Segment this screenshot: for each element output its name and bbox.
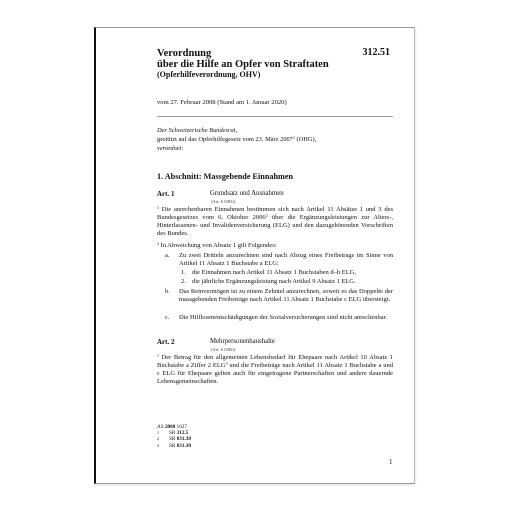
preamble: Der Schweizerische Bundesrat, gestützt a… (157, 126, 316, 153)
title-line-2: über die Hilfe an Opfer von Straftaten (157, 59, 329, 70)
footnote-link[interactable]: 831.30 (177, 443, 191, 449)
article-1-title: Grundsatz und Ausnahmen (210, 190, 284, 197)
article-1-ref: (Art. 6 OHG) (211, 199, 235, 204)
preamble-decree: verordnet: (157, 144, 316, 153)
article-1-number: Art. 1 (157, 190, 175, 198)
article-2-ref: (Art. 6 OHG) (211, 347, 235, 352)
as-prefix: AS (157, 424, 165, 430)
list-item-b: Das Reinvermögen ist zu einem Zehntel an… (179, 288, 393, 304)
footnote-3: 3 SR 831.30 (157, 443, 191, 449)
list-marker-c: c. (165, 314, 170, 321)
article-2-number: Art. 2 (157, 338, 175, 346)
para-number: 1 (157, 353, 159, 358)
sublist-marker-1: 1. (181, 269, 186, 276)
title-line-1: Verordnung (157, 48, 329, 59)
basis-text: gestützt auf das Opferhilfegesetz vom 23… (157, 136, 293, 143)
article-2-title: Mehrpersonenhaushalte (210, 338, 275, 345)
date-line: vom 27. Februar 2008 (Stand am 1. Januar… (157, 99, 287, 106)
sr-number: 312.51 (363, 47, 391, 58)
footnote-text: SR 831.30 (169, 443, 191, 449)
header-divider (157, 116, 393, 117)
list-item-c: Die Hilflosenentschädigungen der Sozialv… (179, 314, 393, 322)
list-marker-a: a. (165, 252, 170, 259)
basis-suffix: (OHG), (295, 136, 316, 143)
list-item-a: Zu zwei Dritteln anzurechnen sind nach A… (179, 252, 393, 268)
footnote-prefix: SR (169, 443, 177, 449)
page-number: 1 (389, 458, 393, 466)
para-text: In Abweichung von Absatz 1 gilt Folgende… (161, 242, 277, 249)
list-marker-b: b. (165, 288, 170, 295)
para-number: 1 (157, 205, 159, 210)
footnote-link[interactable]: 831.30 (177, 436, 191, 442)
article-2-paragraph-1: 1 Der Betrag für den allgemeinen Lebensb… (157, 354, 393, 386)
article-1-paragraph-1: 1 Die anrechenbaren Einnahmen bestimmen … (157, 206, 393, 238)
document-page: Verordnung über die Hilfe an Opfer von S… (94, 27, 415, 484)
as-year: 2008 (165, 424, 175, 430)
footnote-number: 3 (157, 443, 169, 449)
document-subtitle: (Opferhilfeverordnung, OHV) (157, 70, 260, 79)
preamble-issuer: Der Schweizerische Bundesrat, (157, 126, 316, 135)
document-title: Verordnung über die Hilfe an Opfer von S… (157, 48, 329, 70)
para-number: 2 (157, 241, 159, 246)
sublist-item-2: die jährliche Ergänzungsleistung nach Ar… (192, 278, 393, 286)
sublist-marker-2: 2. (181, 278, 186, 285)
preamble-basis: gestützt auf das Opferhilfegesetz vom 23… (157, 135, 316, 144)
as-page: 1627 (175, 424, 187, 430)
section-heading: 1. Abschnitt: Massgebende Einnahmen (157, 172, 293, 181)
footnote-prefix: SR (169, 436, 177, 442)
footnote-link[interactable]: 312.5 (177, 430, 189, 436)
footnote-prefix: SR (169, 430, 177, 436)
footnotes: AS 2008 1627 1 SR 312.5 2 SR 831.30 3 SR… (157, 424, 191, 449)
article-1-paragraph-2: 2 In Abweichung von Absatz 1 gilt Folgen… (157, 242, 393, 250)
sublist-item-1: die Einnahmen nach Artikel 11 Absatz 1 B… (192, 269, 393, 277)
